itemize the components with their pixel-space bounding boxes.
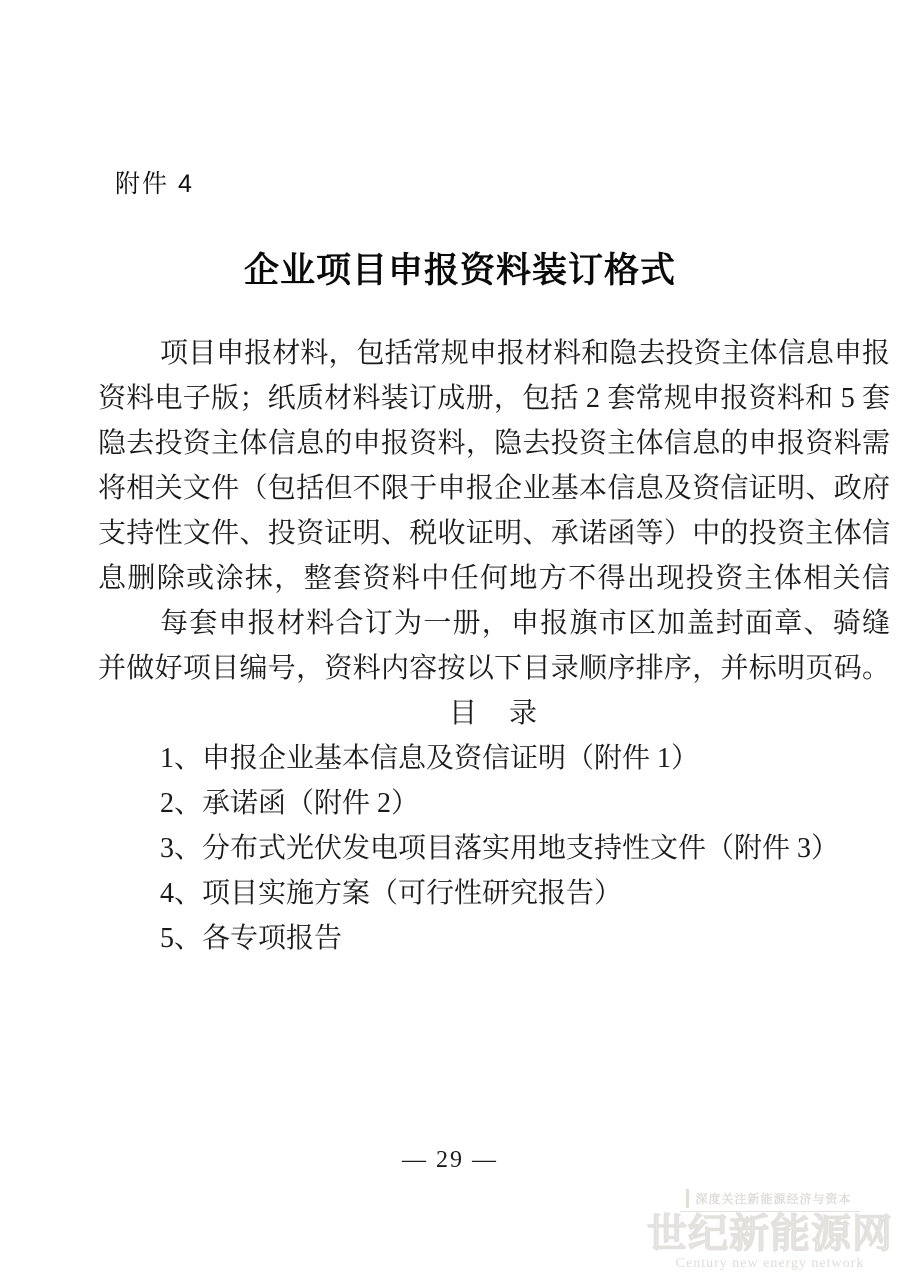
toc-item: 3、分布式光伏发电项目落实用地支持性文件（附件 3） xyxy=(98,826,890,871)
toc-item: 5、各专项报告 xyxy=(98,916,890,961)
page-number: — 29 — xyxy=(0,1147,900,1174)
watermark-brand-en: Century new energy network xyxy=(646,1256,894,1272)
body-line: 息删除或涂抹，整套资料中任何地方不得出现投资主体相关信息。 xyxy=(98,556,890,601)
body-line: 资料电子版；纸质材料装订成册，包括 2 套常规申报资料和 5 套 xyxy=(98,376,890,421)
attachment-label: 附件 4 xyxy=(115,164,194,200)
document-page: 附件 4 企业项目申报资料装订格式 项目申报材料，包括常规申报材料和隐去投资主体… xyxy=(0,0,900,1272)
document-body: 项目申报材料，包括常规申报材料和隐去投资主体信息申报 资料电子版；纸质材料装订成… xyxy=(98,331,890,961)
body-line: 将相关文件（包括但不限于申报企业基本信息及资信证明、政府 xyxy=(98,466,890,511)
watermark-brand: 世纪新能源网 xyxy=(646,1213,894,1255)
watermark-slogan: 深度关注新能源经济与资本 xyxy=(686,1189,853,1208)
body-line: 隐去投资主体信息的申报资料，隐去投资主体信息的申报资料需 xyxy=(98,421,890,466)
page-title: 企业项目申报资料装订格式 xyxy=(30,243,890,293)
watermark-slogan-row: 深度关注新能源经济与资本 xyxy=(680,1189,860,1212)
toc-item: 1、申报企业基本信息及资信证明（附件 1） xyxy=(98,736,890,781)
toc-item: 4、项目实施方案（可行性研究报告） xyxy=(98,871,890,916)
body-line: 每套申报材料合订为一册，申报旗市区加盖封面章、骑缝章， xyxy=(98,601,890,646)
toc-item: 2、承诺函（附件 2） xyxy=(98,781,890,826)
toc-heading: 目 录 xyxy=(98,691,890,736)
body-line: 项目申报材料，包括常规申报材料和隐去投资主体信息申报 xyxy=(98,331,890,376)
body-line: 并做好项目编号，资料内容按以下目录顺序排序，并标明页码。 xyxy=(98,646,890,691)
body-line: 支持性文件、投资证明、税收证明、承诺函等）中的投资主体信 xyxy=(98,511,890,556)
watermark: 深度关注新能源经济与资本 世纪新能源网 Century new energy n… xyxy=(646,1189,894,1272)
